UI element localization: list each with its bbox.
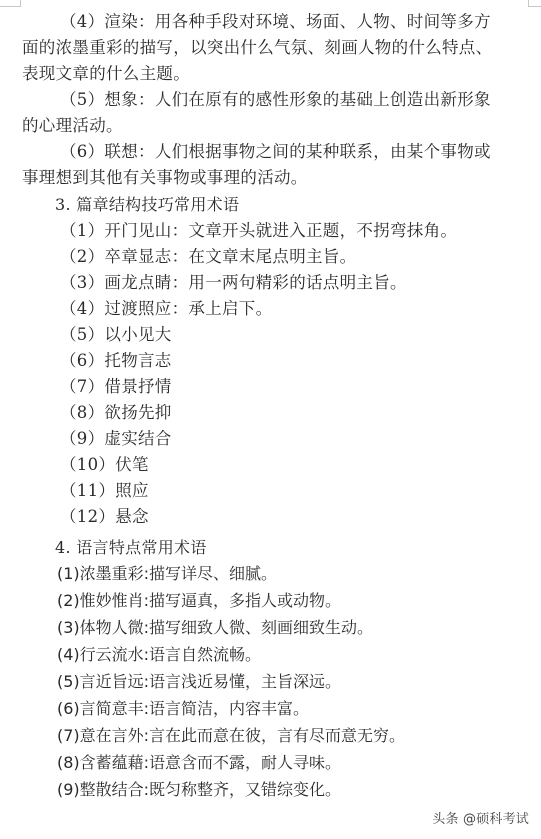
section-4-item: (8)含蓄蕴藉:语意含而不露，耐人寻味。 <box>57 750 341 776</box>
section-4-item: (6)言简意丰:语言简洁，内容丰富。 <box>57 696 309 722</box>
section-3-item: （7）借景抒情 <box>60 374 172 400</box>
section-3-item: （2）卒章显志：在文章末尾点明主旨。 <box>60 244 356 270</box>
section-4-item: (4)行云流水:语言自然流畅。 <box>57 642 261 668</box>
paragraph-rendering-line-1: （4）渲染：用各种手段对环境、场面、人物、时间等多方 <box>60 9 491 35</box>
section-3-item: （5）以小见大 <box>60 322 172 348</box>
section-3-heading: 3. 篇章结构技巧常用术语 <box>55 192 239 218</box>
section-4-item: (5)言近旨远:语言浅近易懂，主旨深远。 <box>57 669 341 695</box>
section-4-item: (9)整散结合:既匀称整齐，又错综变化。 <box>57 777 341 803</box>
page-corner-mark-right <box>528 0 541 7</box>
section-4-item: (1)浓墨重彩:描写详尽、细腻。 <box>57 561 277 587</box>
section-3-item: （4）过渡照应：承上启下。 <box>60 296 272 322</box>
section-3-item: （9）虚实结合 <box>60 426 172 452</box>
section-4-heading: 4. 语言特点常用术语 <box>55 535 207 561</box>
page-corner-mark-left <box>0 0 21 7</box>
paragraph-rendering-line-2: 面的浓墨重彩的描写，以突出什么气氛、刻画人物的什么特点、 <box>22 35 492 61</box>
watermark: 头条 @硕科考试 <box>432 808 529 827</box>
paragraph-association-line-2: 事理想到其他有关事物或事理的活动。 <box>22 165 308 191</box>
paragraph-imagination-line-2: 的心理活动。 <box>22 113 123 139</box>
section-3-item: （3）画龙点睛：用一两句精彩的话点明主旨。 <box>60 270 407 296</box>
section-3-item: （10）伏笔 <box>60 452 149 478</box>
section-3-item: （6）托物言志 <box>60 348 172 374</box>
paragraph-rendering-line-3: 表现文章的什么主题。 <box>22 61 190 87</box>
paragraph-imagination-line-1: （5）想象：人们在原有的感性形象的基础上创造出新形象 <box>60 87 491 113</box>
section-4-item: (2)惟妙惟肖:描写逼真，多指人或动物。 <box>57 588 341 614</box>
section-3-item: （11）照应 <box>60 478 149 504</box>
section-3-item: （1）开门见山：文章开头就进入正题，不拐弯抹角。 <box>60 218 457 244</box>
section-3-item: （8）欲扬先抑 <box>60 400 172 426</box>
section-4-item: (7)意在言外:言在此而意在彼，言有尽而意无穷。 <box>57 723 405 749</box>
section-4-item: (3)体物人微:描写细致人微、刻画细致生动。 <box>57 615 373 641</box>
paragraph-association-line-1: （6）联想：人们根据事物之间的某种联系，由某个事物或 <box>60 139 491 165</box>
section-3-item: （12）悬念 <box>60 504 149 530</box>
